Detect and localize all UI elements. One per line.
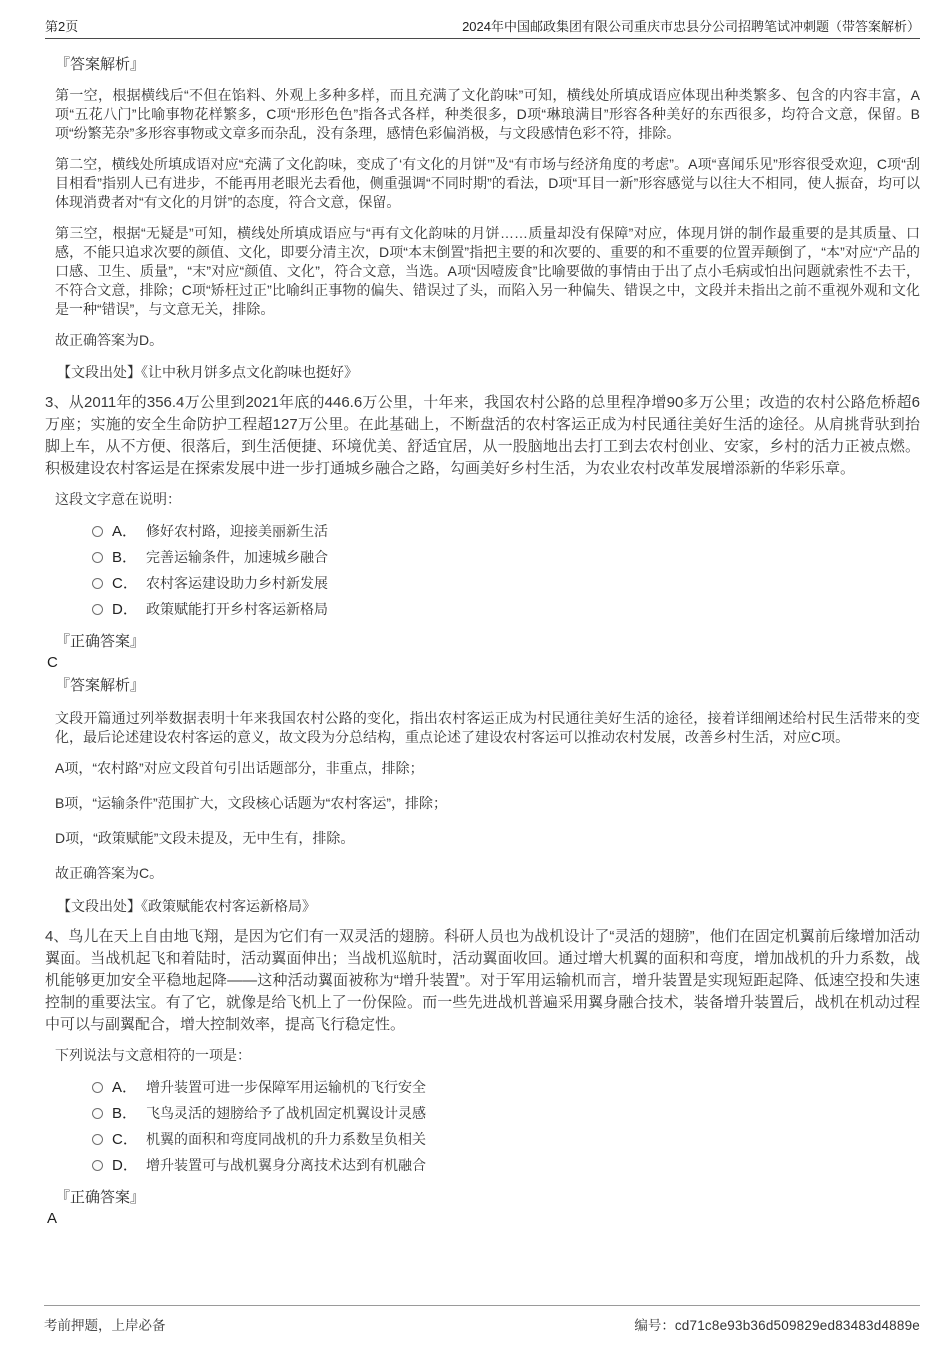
option-letter: C． (112, 572, 146, 593)
option-letter: B． (112, 1102, 146, 1123)
option-label: 增升装置可进一步保障军用运输机的飞行安全 (146, 1077, 426, 1097)
question-prompt: 下列说法与文意相符的一项是： (55, 1046, 920, 1065)
option-row[interactable]: C． 机翼的面积和弯度同战机的升力系数呈负相关 (92, 1129, 920, 1148)
option-row[interactable]: A． 修好农村路，迎接美丽新生活 (92, 521, 920, 540)
question-stem: 3、从2011年的356.4万公里到2021年底的446.6万公里，十年来，我国… (45, 392, 920, 480)
option-letter: D． (112, 1154, 146, 1175)
option-letter: A． (112, 1076, 146, 1097)
option-row[interactable]: B． 飞鸟灵活的翅膀给予了战机固定机翼设计灵感 (92, 1103, 920, 1122)
option-row[interactable]: C． 农村客运建设助力乡村新发展 (92, 573, 920, 592)
code-value: cd71c8e93b36d509829ed83483d4889e (675, 1318, 920, 1333)
question-3: 3、从2011年的356.4万公里到2021年底的446.6万公里，十年来，我国… (45, 392, 920, 916)
passage-source: 【文段出处】《政策赋能农村客运新格局》 (57, 897, 920, 916)
radio-button-icon[interactable] (92, 1160, 103, 1171)
option-letter: A． (112, 520, 146, 541)
radio-button-icon[interactable] (92, 552, 103, 563)
correct-answer-value: C (47, 653, 920, 672)
analysis-item-b: B项，“运输条件”范围扩大，文段核心话题为“农村客运”，排除； (55, 794, 920, 813)
page-header: 第2页 2024年中国邮政集团有限公司重庆市忠县分公司招聘笔试冲刺题（带答案解析… (45, 16, 920, 39)
correct-answer-block: 『正确答案』 C 『答案解析』 (45, 630, 920, 695)
option-label: 飞鸟灵活的翅膀给予了战机固定机翼设计灵感 (146, 1103, 426, 1123)
option-label: 修好农村路，迎接美丽新生活 (146, 521, 328, 541)
question-3-options: A． 修好农村路，迎接美丽新生活 B． 完善运输条件，加速城乡融合 C． 农村客… (92, 521, 920, 618)
radio-button-icon[interactable] (92, 578, 103, 589)
document-page: 第2页 2024年中国邮政集团有限公司重庆市忠县分公司招聘笔试冲刺题（带答案解析… (0, 0, 950, 1228)
analysis-item-a: A项，“农村路”对应文段首句引出话题部分，非重点，排除； (55, 759, 920, 778)
correct-answer-block: 『正确答案』 A (45, 1186, 920, 1228)
question-stem: 4、鸟儿在天上自由地飞翔，是因为它们有一双灵活的翅膀。科研人员也为战机设计了“灵… (45, 926, 920, 1036)
code-label: 编号： (634, 1314, 675, 1334)
analysis-paragraph: 第三空，根据“无疑是”可知，横线处所填成语应与“再有文化韵味的月饼……质量却没有… (55, 224, 920, 319)
analysis-paragraph: 第一空，根据横线后“不但在馅料、外观上多种多样，而且充满了文化韵味”可知，横线处… (55, 86, 920, 143)
question-4: 4、鸟儿在天上自由地飞翔，是因为它们有一双灵活的翅膀。科研人员也为战机设计了“灵… (45, 926, 920, 1228)
footer-slogan: 考前押题，上岸必备 (44, 1314, 166, 1334)
option-letter: B． (112, 546, 146, 567)
option-letter: C． (112, 1128, 146, 1149)
analysis-paragraph: 文段开篇通过列举数据表明十年来我国农村公路的变化，指出农村客运正成为村民通往美好… (55, 709, 920, 747)
option-row[interactable]: D． 政策赋能打开乡村客运新格局 (92, 599, 920, 618)
analysis-section-prev: 『答案解析』 第一空，根据横线后“不但在馅料、外观上多种多样，而且充满了文化韵味… (45, 53, 920, 382)
correct-answer-heading: 『正确答案』 (55, 630, 920, 651)
option-row[interactable]: A． 增升装置可进一步保障军用运输机的飞行安全 (92, 1077, 920, 1096)
passage-source: 【文段出处】《让中秋月饼多点文化韵味也挺好》 (57, 363, 920, 382)
radio-button-icon[interactable] (92, 1134, 103, 1145)
radio-button-icon[interactable] (92, 1108, 103, 1119)
question-prompt: 这段文字意在说明： (55, 490, 920, 509)
page-footer: 考前押题，上岸必备 编号： cd71c8e93b36d509829ed83483… (44, 1305, 920, 1334)
radio-button-icon[interactable] (92, 1082, 103, 1093)
footer-code: 编号： cd71c8e93b36d509829ed83483d4889e (634, 1314, 920, 1334)
analysis-heading: 『答案解析』 (55, 53, 920, 74)
analysis-item-d: D项，“政策赋能”文段未提及，无中生有，排除。 (55, 829, 920, 848)
option-label: 完善运输条件，加速城乡融合 (146, 547, 328, 567)
option-label: 政策赋能打开乡村客运新格局 (146, 599, 328, 619)
option-label: 农村客运建设助力乡村新发展 (146, 573, 328, 593)
document-title: 2024年中国邮政集团有限公司重庆市忠县分公司招聘笔试冲刺题（带答案解析） (462, 16, 920, 35)
radio-button-icon[interactable] (92, 526, 103, 537)
radio-button-icon[interactable] (92, 604, 103, 615)
analysis-paragraph: 第二空，横线处所填成语对应“充满了文化韵味，变成了‘有文化的月饼’”及“有市场与… (55, 155, 920, 212)
correct-answer-value: A (47, 1209, 920, 1228)
analysis-heading: 『答案解析』 (55, 674, 920, 695)
option-letter: D． (112, 598, 146, 619)
analysis-conclusion: 故正确答案为C。 (55, 864, 920, 883)
option-label: 增升装置可与战机翼身分离技术达到有机融合 (146, 1155, 426, 1175)
option-row[interactable]: D． 增升装置可与战机翼身分离技术达到有机融合 (92, 1155, 920, 1174)
page-number: 第2页 (45, 16, 78, 35)
option-label: 机翼的面积和弯度同战机的升力系数呈负相关 (146, 1129, 426, 1149)
analysis-conclusion: 故正确答案为D。 (55, 331, 920, 350)
question-4-options: A． 增升装置可进一步保障军用运输机的飞行安全 B． 飞鸟灵活的翅膀给予了战机固… (92, 1077, 920, 1174)
option-row[interactable]: B． 完善运输条件，加速城乡融合 (92, 547, 920, 566)
correct-answer-heading: 『正确答案』 (55, 1186, 920, 1207)
